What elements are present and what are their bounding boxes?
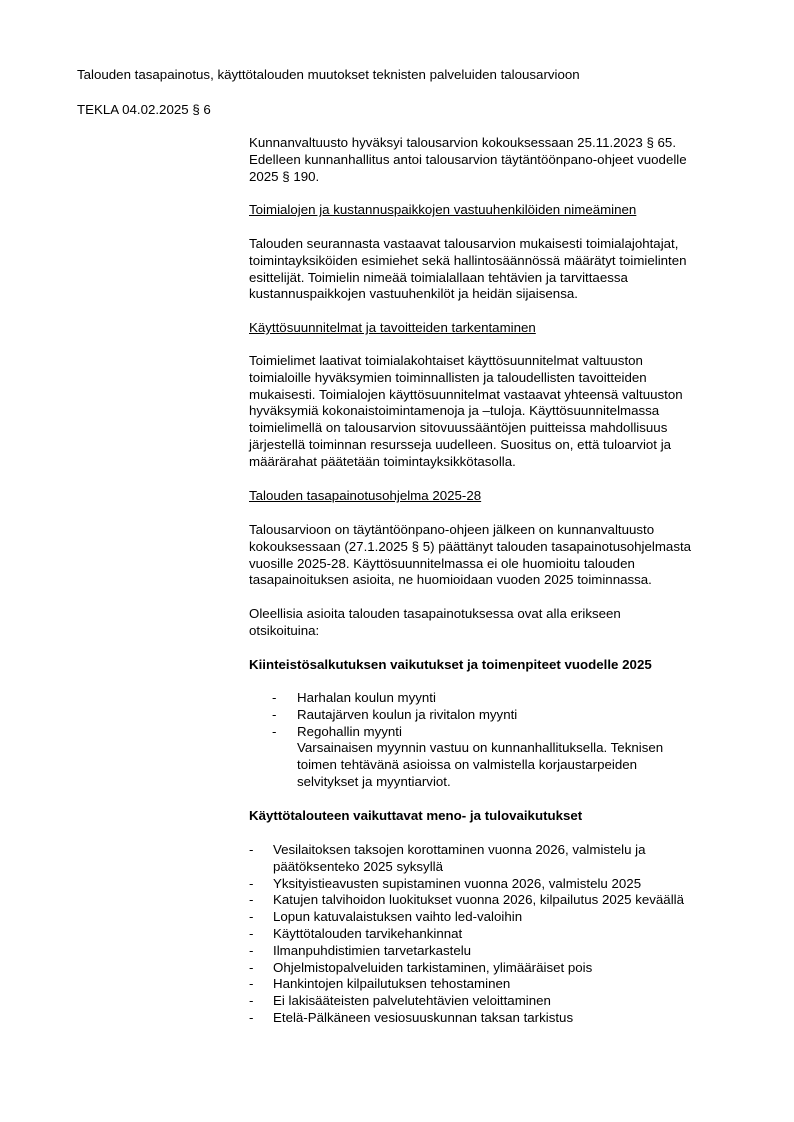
paragraph-line: Toimielimet laativat toimialakohtaiset k… <box>249 353 769 370</box>
paragraph-line: järjestellä toiminnan resursseja uudelle… <box>249 437 769 454</box>
list-continuation: Varsainaisen myynnin vastuu on kunnanhal… <box>272 740 792 757</box>
dash-bullet-icon: - <box>249 926 253 943</box>
list-item: -Katujen talvihoidon luokitukset vuonna … <box>249 892 769 909</box>
dash-bullet-icon: - <box>249 876 253 893</box>
paragraph-line: Talousarvioon on täytäntöönpano-ohjeen j… <box>249 522 769 539</box>
list-item-text: Yksityistieavusten supistaminen vuonna 2… <box>273 876 641 893</box>
list-item-text: Harhalan koulun myynti <box>297 690 436 707</box>
section3-heading: Talouden tasapainotusohjelma 2025-28 <box>249 488 769 505</box>
dash-bullet-icon: - <box>249 993 253 1010</box>
list-continuation: toimen tehtävänä asioissa on valmistella… <box>272 757 792 774</box>
list-item: - Harhalan koulun myynti <box>272 690 792 707</box>
continuation-line: Varsainaisen myynnin vastuu on kunnanhal… <box>297 740 663 757</box>
dash-bullet-icon: - <box>249 892 253 909</box>
list-item-text: Katujen talvihoidon luokitukset vuonna 2… <box>273 892 684 909</box>
paragraph-line: Talouden seurannasta vastaavat talousarv… <box>249 236 769 253</box>
paragraph-line: vuosille 2025-28. Käyttösuunnitelmassa e… <box>249 556 769 573</box>
list-item: -Ilmanpuhdistimien tarvetarkastelu <box>249 943 769 960</box>
section2-heading: Käyttösuunnitelmat ja tavoitteiden tarke… <box>249 320 769 337</box>
list-item-text: Etelä-Pälkäneen vesiosuuskunnan taksan t… <box>273 1010 573 1027</box>
section5-heading: Käyttötalouteen vaikuttavat meno- ja tul… <box>249 808 769 825</box>
list-item-text: Regohallin myynti <box>297 724 402 741</box>
dash-bullet-icon: - <box>249 976 253 993</box>
dash-bullet-icon: - <box>272 707 276 724</box>
list-item-text: Käyttötalouden tarvikehankinnat <box>273 926 462 943</box>
section3-note: Oleellisia asioita talouden tasapainotuk… <box>249 606 769 640</box>
list-continuation: selvitykset ja myyntiarviot. <box>272 774 792 791</box>
intro-line: 2025 § 190. <box>249 169 769 186</box>
list-item-text: Rautajärven koulun ja rivitalon myynti <box>297 707 517 724</box>
list-item: - Rautajärven koulun ja rivitalon myynti <box>272 707 792 724</box>
list-item-text: Hankintojen kilpailutuksen tehostaminen <box>273 976 510 993</box>
document-title: Talouden tasapainotus, käyttötalouden mu… <box>77 67 580 83</box>
paragraph-line: määrärahat päätetään toimintayksikkötaso… <box>249 454 769 471</box>
list-item-text: Ilmanpuhdistimien tarvetarkastelu <box>273 943 471 960</box>
section1-paragraph: Talouden seurannasta vastaavat talousarv… <box>249 236 769 303</box>
section1-heading: Toimialojen ja kustannuspaikkojen vastuu… <box>249 202 769 219</box>
dash-bullet-icon: - <box>272 690 276 707</box>
section4-heading: Kiinteistösalkutuksen vaikutukset ja toi… <box>249 657 769 674</box>
intro-line: Edelleen kunnanhallitus antoi talousarvi… <box>249 152 769 169</box>
list-continuation: päätöksenteko 2025 syksyllä <box>249 859 769 876</box>
list-item-text: Ohjelmistopalveluiden tarkistaminen, yli… <box>273 960 592 977</box>
dash-bullet-icon: - <box>249 1010 253 1027</box>
section5-heading-text: Käyttötalouteen vaikuttavat meno- ja tul… <box>249 808 769 825</box>
intro-line: Kunnanvaltuusto hyväksyi talousarvion ko… <box>249 135 769 152</box>
list-item-text: Lopun katuvalaistuksen vaihto led-valoih… <box>273 909 522 926</box>
list-item: -Etelä-Pälkäneen vesiosuuskunnan taksan … <box>249 1010 769 1027</box>
paragraph-line: tasapainoituksen asioita, ne huomioidaan… <box>249 572 769 589</box>
paragraph-line: toimialoille hyväksymien toiminnallisten… <box>249 370 769 387</box>
continuation-line: selvitykset ja myyntiarviot. <box>297 774 451 791</box>
dash-bullet-icon: - <box>272 724 276 741</box>
list-item: -Lopun katuvalaistuksen vaihto led-valoi… <box>249 909 769 926</box>
list-item: -Ei lakisääteisten palvelutehtävien velo… <box>249 993 769 1010</box>
dash-bullet-icon: - <box>249 909 253 926</box>
meeting-reference: TEKLA 04.02.2025 § 6 <box>77 102 211 118</box>
list-item-text: päätöksenteko 2025 syksyllä <box>273 859 443 876</box>
intro-paragraph: Kunnanvaltuusto hyväksyi talousarvion ko… <box>249 135 769 185</box>
list-item: -Hankintojen kilpailutuksen tehostaminen <box>249 976 769 993</box>
section2-paragraph: Toimielimet laativat toimialakohtaiset k… <box>249 353 769 471</box>
paragraph-line: hyväksymiä kokonaistoimintamenoja ja –tu… <box>249 403 769 420</box>
list-item: -Ohjelmistopalveluiden tarkistaminen, yl… <box>249 960 769 977</box>
paragraph-line: toimielimellä on talousarvion sitovuussä… <box>249 420 769 437</box>
paragraph-line: otsikoituina: <box>249 623 769 640</box>
list-item-text: Vesilaitoksen taksojen korottaminen vuon… <box>273 842 646 859</box>
budget-impact-list: -Vesilaitoksen taksojen korottaminen vuo… <box>249 842 769 1027</box>
section3-paragraph: Talousarvioon on täytäntöönpano-ohjeen j… <box>249 522 769 589</box>
section2-heading-text: Käyttösuunnitelmat ja tavoitteiden tarke… <box>249 320 769 337</box>
dash-bullet-icon: - <box>249 960 253 977</box>
paragraph-line: Oleellisia asioita talouden tasapainotuk… <box>249 606 769 623</box>
property-list: - Harhalan koulun myynti - Rautajärven k… <box>272 690 792 791</box>
continuation-line: toimen tehtävänä asioissa on valmistella… <box>297 757 637 774</box>
paragraph-line: mukaisesti. Toimialojen käyttösuunnitelm… <box>249 387 769 404</box>
list-item: -Vesilaitoksen taksojen korottaminen vuo… <box>249 842 769 859</box>
list-item: - Regohallin myynti <box>272 724 792 741</box>
section1-heading-text: Toimialojen ja kustannuspaikkojen vastuu… <box>249 202 769 219</box>
paragraph-line: esittelijät. Toimielin nimeää toimialall… <box>249 270 769 287</box>
section4-heading-text: Kiinteistösalkutuksen vaikutukset ja toi… <box>249 657 769 674</box>
dash-bullet-icon: - <box>249 943 253 960</box>
list-item: -Yksityistieavusten supistaminen vuonna … <box>249 876 769 893</box>
paragraph-line: kustannuspaikkojen vastuuhenkilöt ja hei… <box>249 286 769 303</box>
list-item: -Käyttötalouden tarvikehankinnat <box>249 926 769 943</box>
paragraph-line: kokouksessaan (27.1.2025 § 5) päättänyt … <box>249 539 769 556</box>
dash-bullet-icon: - <box>249 842 253 859</box>
list-item-text: Ei lakisääteisten palvelutehtävien veloi… <box>273 993 551 1010</box>
paragraph-line: toimintayksiköiden esimiehet sekä hallin… <box>249 253 769 270</box>
section3-heading-text: Talouden tasapainotusohjelma 2025-28 <box>249 488 769 505</box>
